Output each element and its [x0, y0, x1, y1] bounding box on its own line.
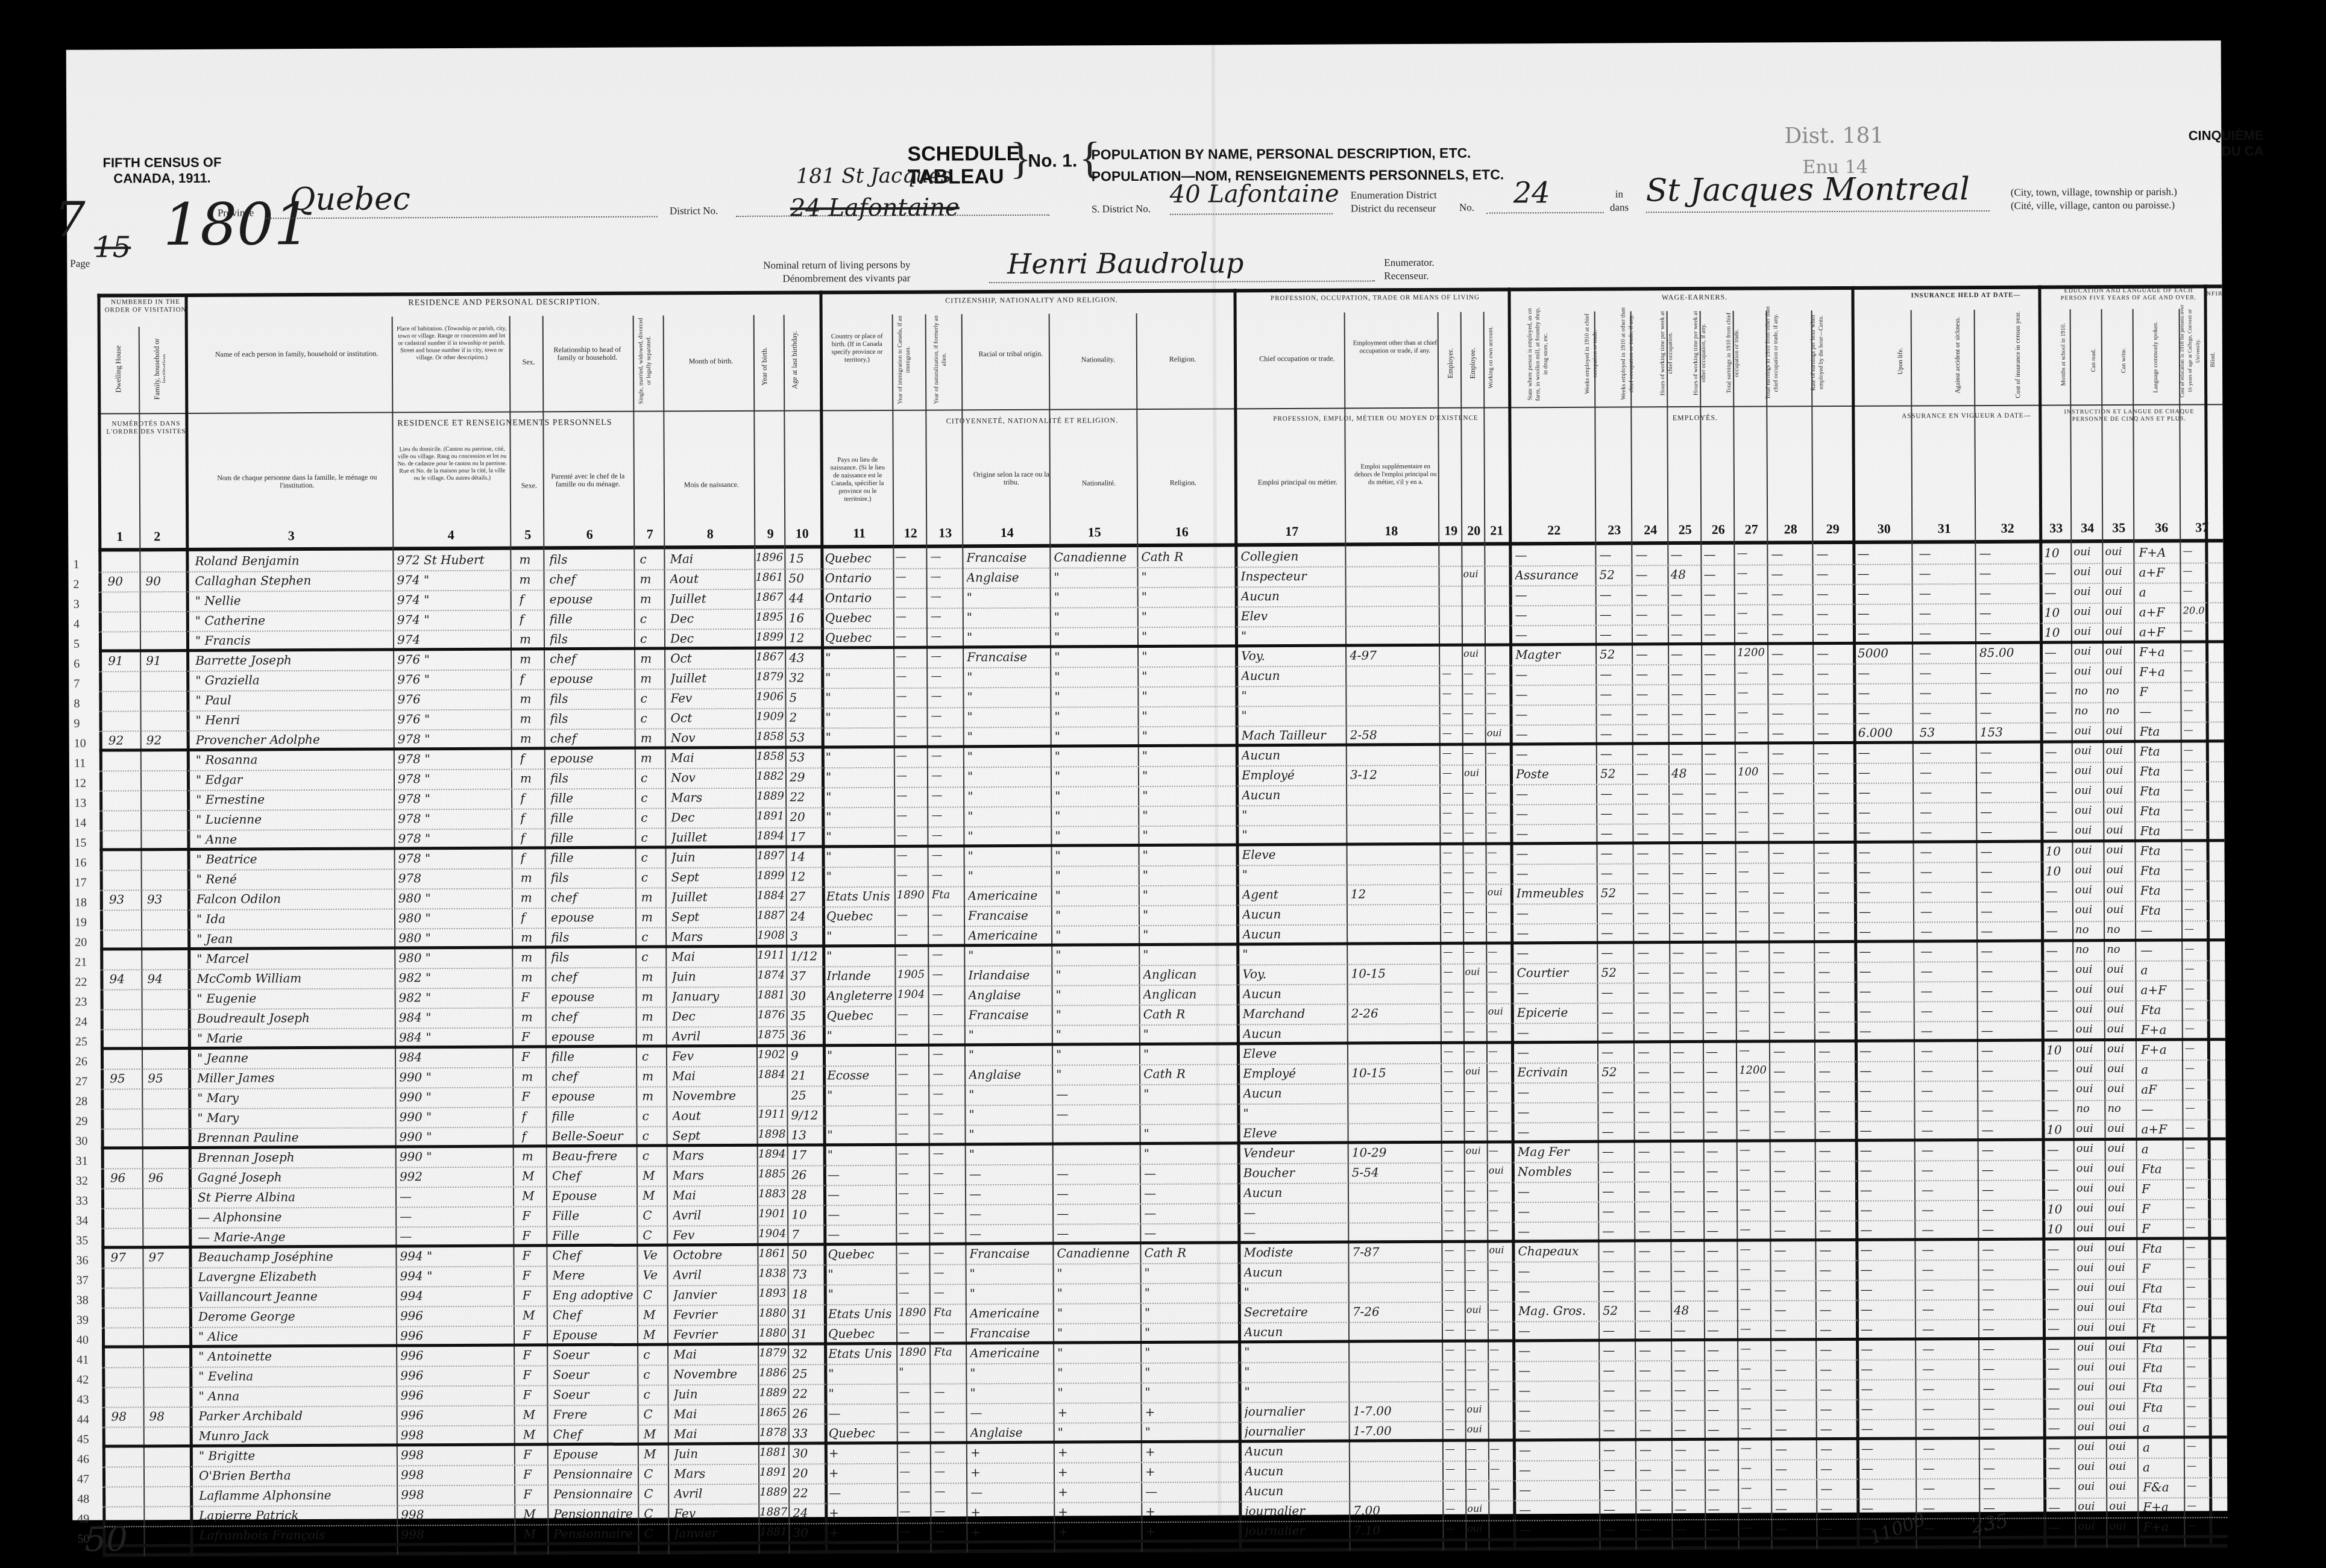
cell-weeks-chief: —: [1600, 726, 1630, 741]
cell-immigration-year: —: [899, 1485, 929, 1498]
cell-address: 996: [400, 1328, 512, 1343]
cell-insurance-life: —: [1859, 1123, 1913, 1137]
cell-age: 2: [789, 710, 820, 724]
col-header-25: Hours of working time per week at chief …: [1659, 305, 1683, 401]
cell-hours-chief: —: [1672, 965, 1701, 979]
col-header-30: Upon life.: [1897, 322, 1910, 400]
cell-insurance-life: —: [1861, 1441, 1914, 1455]
cell-relation: epouse: [550, 751, 633, 766]
cell-sex: m: [521, 1009, 545, 1024]
cell-sex: F: [523, 1347, 547, 1362]
cell-hourly-rate: —: [1817, 765, 1852, 780]
col-num: 6: [544, 527, 635, 543]
cell-hours-other: —: [1705, 945, 1734, 959]
cell-earnings-other: —: [1773, 1064, 1812, 1078]
cell-education-cost: —: [2183, 644, 2205, 656]
cell-name: " Francis: [195, 632, 391, 647]
cell-insurance-life: —: [1858, 765, 1911, 779]
cell-can-write: oui: [2108, 1162, 2135, 1174]
cell-hours-other: —: [1706, 1223, 1735, 1238]
cell-insurance-cost: —: [1981, 884, 2040, 898]
line-number: 7: [74, 677, 80, 691]
section-residence-fr: RESIDENCE ET RENSEIGNEMENTS PERSONNELS: [188, 417, 821, 430]
cell-earnings-chief: —: [1737, 706, 1766, 719]
cell-weeks-other: —: [1635, 547, 1665, 562]
section-residence-en: RESIDENCE AND PERSONAL DESCRIPTION.: [188, 296, 821, 309]
cell-language: Fta: [2140, 883, 2180, 898]
cell-employee: —: [1466, 1185, 1486, 1196]
cell-hours-other: —: [1708, 1402, 1737, 1417]
cell-can-read: oui: [2078, 1420, 2105, 1433]
cell-relation: chef: [551, 890, 634, 905]
cell-earnings-other: —: [1773, 944, 1812, 959]
cell-months-school: —: [2046, 1082, 2072, 1097]
cell-can-write: oui: [2108, 1281, 2136, 1294]
cell-address: 998: [401, 1447, 512, 1463]
cell-hourly-rate: —: [1820, 1342, 1855, 1356]
col-header-17: Chief occupation or trade.: [1246, 355, 1348, 363]
col-header-18: Employment other than at chief occupatio…: [1351, 339, 1439, 356]
cell-earnings-other: —: [1774, 1183, 1813, 1197]
cell-nationality: ": [1057, 1385, 1139, 1400]
cell-immigration-year: —: [899, 1525, 929, 1538]
cell-age: 12: [790, 869, 822, 883]
line-number: 15: [74, 836, 86, 850]
cell-other-employment: [1351, 867, 1438, 867]
cell-hourly-rate: —: [1817, 626, 1852, 641]
cell-language: a: [2143, 1440, 2183, 1455]
cell-address: 984: [399, 1050, 511, 1065]
cell-hours-other: —: [1706, 1044, 1735, 1059]
cell-can-write: oui: [2105, 605, 2133, 618]
cell-nationality: ": [1054, 589, 1136, 604]
cell-earnings-chief: —: [1738, 865, 1767, 878]
cell-sex: m: [520, 711, 544, 726]
col-header-20: Employee.: [1469, 324, 1482, 403]
cell-hours-chief: —: [1671, 726, 1700, 741]
cell-insurance-life: —: [1859, 983, 1912, 998]
cell-nationality: +: [1058, 1405, 1140, 1420]
cell-sex: F: [522, 1228, 546, 1243]
cell-employer: —: [1444, 1145, 1463, 1156]
cell-nationality: —: [1057, 1166, 1139, 1181]
cell-can-write: oui: [2109, 1480, 2136, 1493]
cell-insurance-life: —: [1858, 665, 1911, 680]
cell-hourly-rate: —: [1820, 1501, 1855, 1516]
cell-month: Mars: [674, 1466, 757, 1481]
cell-language: Fta: [2142, 1381, 2182, 1395]
cell-religion: ": [1142, 629, 1232, 644]
col-header-26: Hours of working time per week at other …: [1692, 305, 1717, 401]
cell-year: 1879: [756, 671, 786, 683]
cell-relation: epouse: [551, 910, 634, 925]
cell-education-cost: —: [2184, 764, 2205, 775]
cell-age: 32: [792, 1346, 823, 1361]
cell-birthplace: ": [827, 1048, 894, 1062]
col-num: 28: [1768, 521, 1813, 537]
cell-weeks-other: —: [1638, 1203, 1668, 1218]
cell-nationality: ": [1054, 609, 1136, 624]
cell-naturalization-year: —: [931, 650, 962, 662]
cell-insurance-accident: 53: [1920, 725, 1974, 739]
cell-religion: ": [1142, 748, 1233, 763]
cell-earnings-chief: —: [1737, 607, 1766, 619]
cell-insurance-life: —: [1861, 1361, 1914, 1376]
cell-weeks-other: —: [1637, 865, 1667, 880]
cell-own-account: —: [1487, 786, 1509, 798]
cell-employee: —: [1465, 926, 1485, 938]
cell-birthplace: ": [825, 710, 893, 724]
cell-age: 37: [790, 968, 822, 983]
cell-marital: M: [644, 1446, 667, 1461]
cell-name: " Antoinette: [198, 1348, 394, 1363]
cell-sex: F: [522, 1208, 546, 1223]
col-header-16-fr: Religion.: [1147, 478, 1219, 487]
cell-birthplace: Ontario: [825, 591, 893, 605]
line-number: 3: [74, 598, 80, 612]
cell-address: 978 ": [398, 791, 509, 806]
cell-earnings-chief: —: [1740, 1184, 1768, 1196]
cell-month: Fev: [673, 1228, 756, 1243]
cell-address: 980 ": [398, 891, 510, 906]
cell-earnings-chief: —: [1741, 1482, 1770, 1494]
cell-immigration-year: —: [897, 869, 927, 882]
cell-employee: oui: [1465, 966, 1485, 977]
cell-weeks-chief: —: [1601, 985, 1631, 999]
cell-weeks-other: —: [1636, 686, 1666, 701]
cell-earnings-chief: —: [1738, 985, 1767, 997]
page-number: 1801: [163, 190, 311, 259]
cell-month: Mars: [671, 929, 755, 944]
cell-weeks-other: —: [1639, 1283, 1669, 1297]
cell-other-employment: 7.00: [1353, 1503, 1441, 1518]
cell-hourly-rate: —: [1817, 646, 1852, 660]
cell-hours-chief: —: [1671, 666, 1700, 681]
cell-origin: +: [970, 1445, 1052, 1460]
cell-year: 1898: [758, 1128, 788, 1141]
cell-can-read: oui: [2078, 1440, 2105, 1453]
col-header-28: Total earnings in 1910 from other than c…: [1764, 304, 1794, 401]
cell-immigration-year: —: [896, 789, 926, 802]
cell-age: 32: [789, 670, 820, 685]
cell-can-write: oui: [2105, 645, 2133, 657]
cell-own-account: —: [1488, 965, 1509, 977]
cell-education-cost: —: [2183, 684, 2205, 695]
cell-insurance-accident: —: [1919, 566, 1973, 580]
cell-insurance-accident: —: [1922, 1202, 1976, 1217]
cell-earnings-chief: —: [1740, 1203, 1768, 1216]
cell-origin: ": [967, 590, 1049, 605]
cell-occupation: Aucun: [1244, 1265, 1347, 1280]
cell-own-account: —: [1488, 1085, 1510, 1096]
line-number: 10: [74, 737, 86, 751]
cell-weeks-chief: 52: [1600, 766, 1630, 780]
section-insurance-en: INSURANCE HELD AT DATE—: [1881, 291, 2050, 299]
cell-employee: oui: [1463, 568, 1483, 580]
col-header-29: Rate of earnings per hour when employed …: [1809, 304, 1839, 401]
cell-earnings-chief: —: [1740, 1303, 1769, 1316]
cell-where-employed: —: [1518, 1224, 1596, 1239]
cell-origin: —: [969, 1226, 1051, 1241]
col-num: 9: [755, 526, 785, 542]
cell-birthplace: —: [828, 1167, 895, 1182]
cell-own-account: —: [1487, 846, 1509, 858]
cell-immigration-year: 1890: [897, 889, 927, 902]
cell-can-read: oui: [2077, 1381, 2104, 1393]
cell-months-school: —: [2048, 1281, 2073, 1296]
cell-months-school: —: [2045, 645, 2070, 659]
cell-employee: —: [1466, 1284, 1487, 1296]
cell-year: 1861: [755, 571, 785, 584]
cell-own-account: oui: [1489, 1244, 1510, 1255]
cell-where-employed: —: [1517, 1045, 1595, 1060]
cell-hours-chief: —: [1674, 1522, 1703, 1536]
cell-origin: —: [969, 1187, 1051, 1202]
col-num: 16: [1138, 524, 1225, 540]
cell-education-cost: —: [2186, 1181, 2207, 1193]
cell-education-cost: —: [2186, 1360, 2208, 1372]
cell-name: Vaillancourt Jeanne: [198, 1288, 394, 1303]
cell-religion: ": [1142, 648, 1232, 663]
cell-month: Dec: [672, 1009, 755, 1024]
cell-education-cost: —: [2185, 1042, 2207, 1053]
cell-insurance-cost: —: [1982, 1262, 2041, 1276]
cell-own-account: —: [1486, 687, 1508, 698]
cell-own-account: —: [1489, 1204, 1510, 1215]
cell-year: 1858: [756, 730, 787, 743]
cell-sex: m: [522, 1149, 546, 1163]
cell-nationality: —: [1057, 1206, 1139, 1221]
col-header-11-fr: Pays ou lieu de naissance. (Si le lieu d…: [828, 456, 888, 503]
cell-month: Juin: [671, 969, 755, 984]
cell-marital: C: [644, 1486, 667, 1501]
cell-weeks-chief: —: [1600, 845, 1630, 860]
col-header-6-fr: Parenté avec le chef de la famille ou du…: [547, 472, 629, 489]
cell-address: 978 ": [398, 751, 509, 767]
cell-earnings-other: —: [1773, 885, 1812, 899]
cell-other-employment: [1351, 1105, 1439, 1106]
cell-address: 976 ": [397, 652, 509, 667]
cell-own-account: —: [1490, 1443, 1512, 1454]
cell-employer: —: [1442, 668, 1461, 679]
cell-weeks-other: —: [1635, 567, 1665, 582]
cell-birthplace: Quebec: [825, 551, 892, 565]
cell-earnings-chief: —: [1737, 686, 1766, 699]
cell-insurance-cost: —: [1979, 705, 2038, 720]
cell-nationality: ": [1056, 1007, 1138, 1022]
line-number: 6: [74, 657, 80, 671]
cell-other-employment: 2-58: [1350, 727, 1438, 742]
cell-language: F: [2142, 1202, 2181, 1216]
cell-naturalization-year: —: [931, 789, 963, 801]
cell-birthplace: ": [828, 1386, 896, 1400]
line-number: 24: [75, 1015, 87, 1029]
cell-insurance-cost: —: [1981, 1083, 2040, 1097]
cell-other-employment: [1350, 608, 1437, 609]
cell-nationality: ": [1054, 669, 1136, 684]
cell-weeks-chief: —: [1601, 865, 1631, 880]
cell-can-read: oui: [2076, 1162, 2104, 1174]
cell-immigration-year: —: [898, 1207, 928, 1220]
cell-relation: Soeur: [553, 1347, 636, 1363]
cell-age: 14: [790, 849, 821, 864]
cell-age: 16: [789, 610, 820, 625]
cell-language: a: [2143, 1420, 2183, 1435]
cell-month: Fev: [672, 1049, 755, 1064]
cell-own-account: —: [1488, 1124, 1510, 1136]
cell-employer: —: [1443, 906, 1462, 918]
cell-nationality: ": [1056, 1047, 1138, 1062]
cell-origin: —: [970, 1405, 1052, 1420]
cell-religion: ": [1143, 1026, 1234, 1041]
cell-year: 1897: [756, 850, 787, 862]
line-number: 11: [74, 757, 86, 771]
cell-religion: —: [1144, 1165, 1234, 1181]
cell-insurance-life: —: [1861, 1262, 1914, 1276]
cell-age: 73: [792, 1267, 823, 1281]
cell-insurance-accident: —: [1922, 1361, 1976, 1376]
cell-education-cost: —: [2186, 1281, 2208, 1292]
cell-birthplace: Quebec: [826, 909, 894, 923]
cell-weeks-other: —: [1639, 1522, 1670, 1536]
cell-earnings-other: —: [1772, 805, 1811, 820]
cell-immigration-year: —: [898, 1167, 928, 1180]
cell-age: 5: [789, 690, 820, 704]
col-header-31: Against accident or sickness.: [1954, 310, 1975, 400]
col-num: 24: [1632, 522, 1668, 538]
cell-hourly-rate: —: [1820, 1422, 1855, 1436]
cell-year: 1881: [758, 989, 788, 1002]
cell-name: Lapierre Patrick: [199, 1507, 395, 1522]
cell-hourly-rate: —: [1817, 845, 1852, 859]
cell-earnings-chief: —: [1740, 1382, 1769, 1395]
cell-where-employed: Assurance: [1515, 568, 1593, 583]
cell-insurance-life: —: [1859, 1043, 1913, 1058]
line-number: 41: [77, 1353, 89, 1367]
cell-insurance-cost: —: [1981, 1103, 2040, 1117]
cell-month: Nov: [671, 770, 754, 785]
cell-language: a: [2142, 1142, 2181, 1156]
cell-immigration-year: —: [896, 750, 926, 762]
cell-insurance-accident: —: [1922, 1381, 1976, 1396]
cell-earnings-other: —: [1771, 606, 1811, 621]
cell-age: 7: [791, 1227, 823, 1241]
cell-marital: m: [641, 750, 664, 765]
cell-hourly-rate: —: [1818, 1103, 1853, 1118]
cell-nationality: ": [1054, 709, 1136, 724]
cell-insurance-accident: —: [1922, 1143, 1976, 1157]
cell-nationality: ": [1056, 1067, 1138, 1082]
cell-name: O'Brien Bertha: [199, 1467, 395, 1482]
cell-earnings-other: —: [1774, 1322, 1814, 1337]
cell-address: 978 ": [398, 732, 509, 747]
cell-insurance-accident: —: [1921, 1043, 1975, 1058]
cell-occupation: Marchand: [1243, 1006, 1345, 1021]
cell-months-school: —: [2045, 665, 2070, 679]
cell-month: Janvier: [674, 1526, 757, 1541]
cell-religion: ": [1143, 887, 1233, 902]
cell-origin: ": [967, 630, 1049, 645]
cell-language: Fta: [2142, 1341, 2182, 1355]
enumeration-district-label: Enumeration District District du recense…: [1351, 189, 1437, 216]
cell-own-account: —: [1489, 1363, 1511, 1375]
cell-address: 994 ": [400, 1249, 511, 1264]
cell-nationality: [1057, 1146, 1139, 1147]
cell-family: 93: [147, 892, 183, 906]
cell-hourly-rate: —: [1818, 905, 1853, 919]
cell-birthplace: Quebec: [825, 630, 893, 645]
enumerator-name: Henri Baudrolup: [1007, 246, 1243, 280]
cell-name: Roland Benjamin: [195, 553, 391, 568]
enum-no-value: 24: [1513, 176, 1550, 210]
cell-religion: ": [1142, 847, 1233, 862]
cell-where-employed: —: [1518, 1284, 1597, 1299]
cell-nationality: ": [1057, 1345, 1139, 1360]
cell-naturalization-year: —: [934, 1525, 966, 1537]
cell-marital: m: [642, 989, 665, 1003]
section-wage-en: WAGE-EARNERS.: [1510, 292, 1878, 303]
cell-age: 35: [791, 1008, 822, 1023]
cell-origin: Irlandaise: [968, 968, 1050, 983]
cell-employee: —: [1466, 1205, 1486, 1216]
cell-education-cost: —: [2186, 1261, 2207, 1272]
cell-can-write: oui: [2105, 565, 2132, 578]
cell-insurance-cost: —: [1981, 983, 2040, 998]
cell-dwelling: 91: [108, 653, 138, 668]
cell-weeks-chief: —: [1602, 1223, 1632, 1238]
cell-education-cost: —: [2187, 1420, 2208, 1431]
cell-weeks-other: —: [1637, 885, 1667, 900]
cell-relation: chef: [552, 1069, 635, 1084]
cell-birthplace: Etats Unis: [826, 889, 894, 903]
cell-hours-chief: —: [1671, 826, 1700, 840]
cell-months-school: —: [2048, 1341, 2073, 1355]
cell-age: 18: [792, 1287, 823, 1301]
cell-other-employment: [1349, 568, 1436, 569]
cell-other-employment: [1350, 747, 1438, 748]
cell-own-account: —: [1488, 866, 1509, 877]
cell-employee: —: [1466, 1244, 1486, 1256]
cell-name: " Mary: [197, 1090, 393, 1105]
cell-hourly-rate: —: [1819, 1183, 1854, 1197]
cell-year: 1886: [759, 1367, 789, 1379]
cell-month: Fev: [674, 1506, 757, 1521]
cell-origin: Francaise: [967, 650, 1049, 665]
cell-employer: —: [1444, 1165, 1463, 1176]
cell-weeks-other: —: [1639, 1323, 1669, 1337]
cell-occupation: Eleve: [1243, 1126, 1346, 1141]
line-number: 20: [75, 936, 87, 950]
cell-months-school: —: [2045, 764, 2070, 779]
cell-marital: c: [641, 929, 664, 944]
cell-sex: f: [520, 791, 544, 805]
cell-name: — Marie-Ange: [198, 1229, 394, 1244]
cell-nationality: +: [1058, 1444, 1140, 1460]
cell-birthplace: —: [828, 1187, 895, 1202]
cell-birthplace: ": [828, 1366, 896, 1381]
cell-can-write: oui: [2106, 844, 2133, 856]
cell-can-read: oui: [2076, 1241, 2104, 1254]
line-number: 30: [76, 1135, 88, 1149]
cell-insurance-life: —: [1861, 1381, 1914, 1396]
cell-relation: chef: [550, 651, 633, 666]
cell-employee: oui: [1467, 1403, 1488, 1415]
cell-relation: Chef: [553, 1308, 636, 1323]
cell-language: Fta: [2142, 1301, 2182, 1316]
margin-mark: 7: [55, 192, 86, 248]
cell-hours-chief: —: [1670, 547, 1699, 562]
cell-insurance-life: —: [1858, 705, 1911, 720]
